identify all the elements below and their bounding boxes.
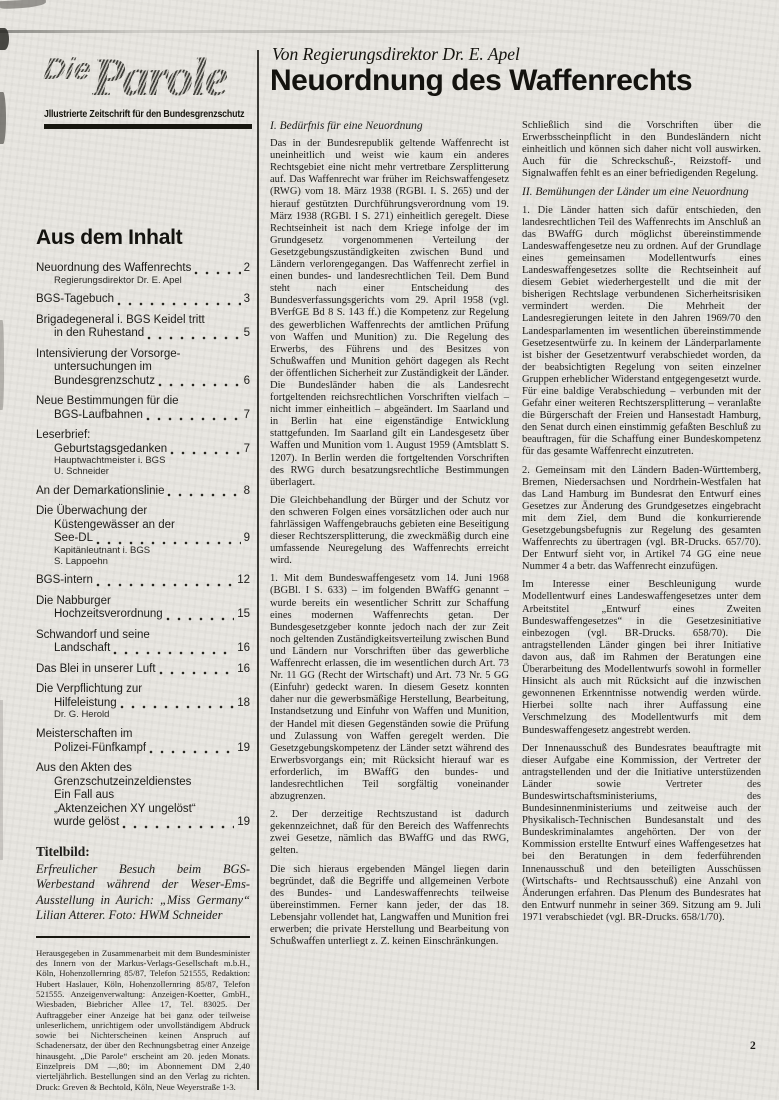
dot-leader bbox=[96, 578, 234, 588]
toc-entry-line: Intensivierung der Vorsorge- bbox=[36, 348, 250, 362]
toc-entry: Schwandorf und seineLandschaft16 bbox=[36, 629, 250, 656]
cover-photo-caption: Erfreulicher Besuch beim BGS-Werbestand … bbox=[36, 862, 250, 924]
toc-entry-page: 7 bbox=[244, 443, 250, 457]
body-column-2: Schließlich sind die Vorschriften über d… bbox=[522, 120, 761, 954]
scan-artifact bbox=[0, 320, 4, 410]
toc-entry-line: Das Blei in unserer Luft16 bbox=[36, 663, 250, 677]
toc-entry-page: 2 bbox=[244, 262, 250, 276]
toc-entry-title: BGS-Laufbahnen bbox=[54, 409, 143, 423]
toc-entry-author: Dr. G. Herold bbox=[36, 710, 250, 721]
magazine-tagline: Jllustrierte Zeitschrift für den Bundesg… bbox=[44, 108, 219, 120]
scan-artifact bbox=[0, 92, 6, 144]
toc-entry-title: Neuordnung des Waffenrechts bbox=[36, 262, 191, 276]
toc-entry-line: Aus den Akten des bbox=[36, 762, 250, 776]
body-paragraph: 1. Die Länder hatten sich dafür entschie… bbox=[522, 205, 761, 459]
toc-entry-line: in den Ruhestand5 bbox=[36, 327, 250, 341]
dot-leader bbox=[167, 488, 240, 498]
article-title: Neuordnung des Waffenrechts bbox=[270, 64, 770, 98]
body-paragraph: Der Innenausschuß des Bundesrates beauft… bbox=[522, 743, 761, 924]
toc-entry-title: Hilfeleistung bbox=[54, 697, 117, 711]
logo-word-parole: Parole bbox=[92, 46, 227, 108]
dot-leader bbox=[194, 266, 240, 276]
toc-entry-line: Meisterschaften im bbox=[36, 728, 250, 742]
scan-artifact bbox=[0, 30, 730, 33]
scan-artifact bbox=[0, 700, 3, 860]
toc-entries: Neuordnung des Waffenrechts2Regierungsdi… bbox=[36, 262, 250, 830]
toc-entry: Aus den Akten desGrenzschutzeinzeldienst… bbox=[36, 762, 250, 830]
section-heading: I. Bedürfnis für eine Neuordnung bbox=[270, 120, 509, 132]
section-heading: II. Bemühungen der Länder um eine Neuord… bbox=[522, 186, 761, 198]
dot-leader bbox=[146, 412, 241, 422]
toc-entry-line: Neuordnung des Waffenrechts2 bbox=[36, 262, 250, 276]
toc-entry: Die NabburgerHochzeitsverordnung15 bbox=[36, 595, 250, 622]
toc-heading: Aus dem Inhalt bbox=[36, 226, 250, 250]
dot-leader bbox=[113, 646, 234, 656]
toc-entry: Leserbrief:Geburtstagsgedanken7Hauptwach… bbox=[36, 429, 250, 478]
toc-entry-title: An der Demarkationslinie bbox=[36, 485, 164, 499]
masthead: DieParole Jllustrierte Zeitschrift für d… bbox=[44, 46, 252, 129]
toc-entry-line: Schwandorf und seine bbox=[36, 629, 250, 643]
toc-entry: BGS-Tagebuch3 bbox=[36, 293, 250, 307]
toc-entry-line: Die Nabburger bbox=[36, 595, 250, 609]
toc-entry-title: Bundesgrenzschutz bbox=[54, 375, 155, 389]
toc-entry-author: S. Lappoehn bbox=[36, 557, 250, 568]
toc-entry-page: 16 bbox=[237, 642, 250, 656]
toc-entry-line: Grenzschutzeinzeldienstes bbox=[36, 776, 250, 790]
toc-entry-line: Ein Fall aus bbox=[36, 789, 250, 803]
toc-entry-title: BGS-Tagebuch bbox=[36, 293, 114, 307]
toc-entry-title: BGS-intern bbox=[36, 574, 93, 588]
toc-entry-line: Hilfeleistung18 bbox=[36, 697, 250, 711]
toc-entry-line: Küstengewässer an der bbox=[36, 519, 250, 533]
left-column: Aus dem Inhalt Neuordnung des Waffenrech… bbox=[36, 226, 250, 1092]
toc-entry-page: 8 bbox=[244, 485, 250, 499]
toc-entry-page: 5 bbox=[244, 327, 250, 341]
toc-entry: Neue Bestimmungen für dieBGS-Laufbahnen7 bbox=[36, 395, 250, 422]
toc-entry-line: wurde gelöst19 bbox=[36, 816, 250, 830]
toc-entry-line: Bundesgrenzschutz6 bbox=[36, 375, 250, 389]
toc-entry: An der Demarkationslinie8 bbox=[36, 485, 250, 499]
toc-entry-line: An der Demarkationslinie8 bbox=[36, 485, 250, 499]
body-paragraph: Schließlich sind die Vorschriften über d… bbox=[522, 120, 761, 180]
toc-entry-page: 12 bbox=[237, 574, 250, 588]
toc-entry-page: 18 bbox=[237, 697, 250, 711]
toc-entry: Neuordnung des Waffenrechts2Regierungsdi… bbox=[36, 262, 250, 286]
masthead-rule bbox=[44, 124, 252, 129]
body-paragraph: 1. Mit dem Bundeswaffengesetz vom 14. Ju… bbox=[270, 573, 509, 803]
toc-entry-line: Landschaft16 bbox=[36, 642, 250, 656]
toc-entry-line: „Aktenzeichen XY ungelöst“ bbox=[36, 803, 250, 817]
toc-entry-line: Geburtstagsgedanken7 bbox=[36, 443, 250, 457]
toc-entry: Das Blei in unserer Luft16 bbox=[36, 663, 250, 677]
toc-entry-page: 19 bbox=[237, 816, 250, 830]
column-divider-rule bbox=[257, 50, 259, 1090]
toc-entry-line: Polizei-Fünfkampf19 bbox=[36, 742, 250, 756]
body-column-1: I. Bedürfnis für eine NeuordnungDas in d… bbox=[270, 120, 509, 954]
toc-entry-title: in den Ruhestand bbox=[54, 327, 144, 341]
toc-entry: Die Verpflichtung zurHilfeleistung18Dr. … bbox=[36, 683, 250, 721]
imprint-rule bbox=[36, 936, 250, 938]
toc-entry-line: Hochzeitsverordnung15 bbox=[36, 608, 250, 622]
toc-entry-title: Geburtstagsgedanken bbox=[54, 443, 167, 457]
toc-entry-line: See-DL9 bbox=[36, 532, 250, 546]
body-paragraph: Die sich hieraus ergebenden Mängel liege… bbox=[270, 864, 509, 949]
toc-entry-title: Das Blei in unserer Luft bbox=[36, 663, 156, 677]
body-paragraph: Die Gleichbehandlung der Bürger und der … bbox=[270, 495, 509, 568]
scan-artifact bbox=[0, 0, 46, 9]
toc-entry-line: BGS-intern12 bbox=[36, 574, 250, 588]
toc-entry-page: 19 bbox=[237, 742, 250, 756]
article-byline: Von Regierungsdirektor Dr. E. Apel bbox=[272, 44, 520, 65]
toc-entry: Meisterschaften imPolizei-Fünfkampf19 bbox=[36, 728, 250, 755]
cover-photo-note: Titelbild: Erfreulicher Besuch beim BGS-… bbox=[36, 844, 250, 924]
page-number: 2 bbox=[750, 1040, 756, 1052]
dot-leader bbox=[149, 745, 234, 755]
toc-entry-line: Die Verpflichtung zur bbox=[36, 683, 250, 697]
dot-leader bbox=[159, 666, 235, 676]
dot-leader bbox=[120, 700, 235, 710]
body-paragraph: Im Interesse einer Beschleunigung wurde … bbox=[522, 579, 761, 736]
toc-entry-page: 9 bbox=[244, 532, 250, 546]
toc-entry-author: U. Schneider bbox=[36, 467, 250, 478]
dot-leader bbox=[170, 446, 240, 456]
toc-entry-line: Brigadegeneral i. BGS Keidel tritt bbox=[36, 314, 250, 328]
toc-entry-title: Hochzeitsverordnung bbox=[54, 608, 163, 622]
toc-entry-line: BGS-Laufbahnen7 bbox=[36, 409, 250, 423]
toc-entry: Brigadegeneral i. BGS Keidel trittin den… bbox=[36, 314, 250, 341]
toc-entry-page: 16 bbox=[237, 663, 250, 677]
dot-leader bbox=[147, 331, 240, 341]
toc-entry: Intensivierung der Vorsorge-untersuchung… bbox=[36, 348, 250, 389]
toc-entry-line: untersuchungen im bbox=[36, 361, 250, 375]
dot-leader bbox=[117, 297, 241, 307]
toc-entry-title: Polizei-Fünfkampf bbox=[54, 742, 146, 756]
logo-word-die: Die bbox=[42, 53, 93, 87]
body-paragraph: Das in der Bundesrepublik geltende Waffe… bbox=[270, 138, 509, 489]
toc-entry-line: BGS-Tagebuch3 bbox=[36, 293, 250, 307]
toc-entry-author: Regierungsdirektor Dr. E. Apel bbox=[36, 276, 250, 287]
imprint-text: Herausgegeben in Zusammenarbeit mit dem … bbox=[36, 948, 250, 1092]
toc-entry-page: 7 bbox=[244, 409, 250, 423]
dot-leader bbox=[122, 820, 234, 830]
article-body: I. Bedürfnis für eine NeuordnungDas in d… bbox=[270, 120, 761, 954]
toc-entry: Die Überwachung derKüstengewässer an der… bbox=[36, 505, 250, 567]
toc-entry-title: wurde gelöst bbox=[54, 816, 119, 830]
cover-photo-label: Titelbild: bbox=[36, 844, 250, 860]
toc-entry-page: 6 bbox=[244, 375, 250, 389]
toc-entry: BGS-intern12 bbox=[36, 574, 250, 588]
body-paragraph: 2. Gemeinsam mit den Ländern Baden-Württ… bbox=[522, 465, 761, 574]
dot-leader bbox=[158, 378, 241, 388]
magazine-page: DieParole Jllustrierte Zeitschrift für d… bbox=[0, 0, 779, 1100]
scan-artifact bbox=[0, 28, 9, 50]
toc-entry-title: Landschaft bbox=[54, 642, 110, 656]
toc-entry-line: Leserbrief: bbox=[36, 429, 250, 443]
dot-leader bbox=[166, 612, 235, 622]
toc-entry-page: 3 bbox=[244, 293, 250, 307]
toc-entry-page: 15 bbox=[237, 608, 250, 622]
toc-entry-title: See-DL bbox=[54, 532, 93, 546]
body-paragraph: 2. Der derzeitige Rechtszustand ist dadu… bbox=[270, 809, 509, 857]
toc-entry-line: Die Überwachung der bbox=[36, 505, 250, 519]
toc-entry-line: Neue Bestimmungen für die bbox=[36, 395, 250, 409]
magazine-logo: DieParole bbox=[44, 46, 252, 106]
